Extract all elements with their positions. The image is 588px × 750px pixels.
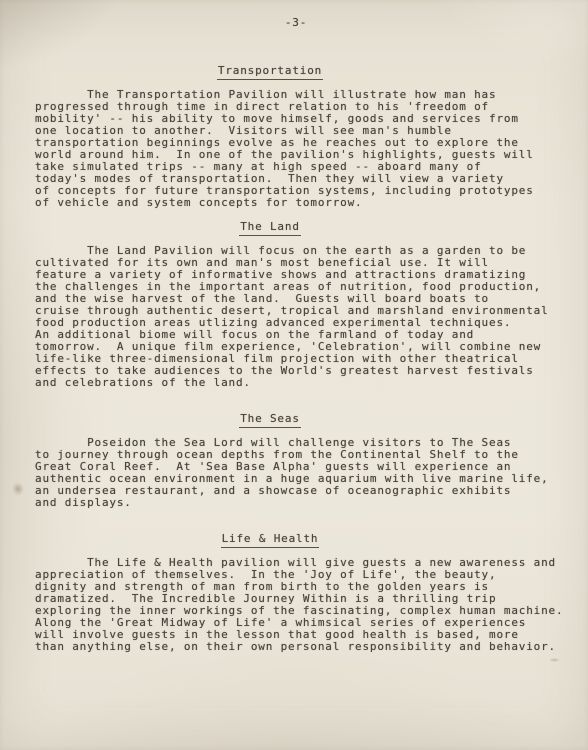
section-heading-row: Transportation xyxy=(35,65,505,77)
section-heading: Life & Health xyxy=(221,533,320,548)
document-section: Transportation The Transportation Pavili… xyxy=(35,65,557,209)
pencil-mark xyxy=(549,658,560,662)
section-heading: The Land xyxy=(239,221,301,236)
document-section: The Seas Poseidon the Sea Lord will chal… xyxy=(35,413,557,509)
section-paragraph: The Land Pavilion will focus on the eart… xyxy=(35,245,557,389)
document-section: The Land The Land Pavilion will focus on… xyxy=(35,221,557,389)
section-heading-row: The Seas xyxy=(35,413,505,425)
section-heading: Transportation xyxy=(217,65,323,80)
section-heading-row: Life & Health xyxy=(35,533,505,545)
section-paragraph: The Life & Health pavilion will give gue… xyxy=(35,557,557,653)
section-paragraph: Poseidon the Sea Lord will challenge vis… xyxy=(35,437,557,509)
ink-smudge xyxy=(10,481,25,497)
document-page: -3- Transportation The Transportation Pa… xyxy=(0,0,588,750)
document-section: Life & Health The Life & Health pavilion… xyxy=(35,533,557,653)
section-heading: The Seas xyxy=(239,413,301,428)
section-heading-row: The Land xyxy=(35,221,505,233)
section-paragraph: The Transportation Pavilion will illustr… xyxy=(35,89,557,209)
page-number: -3- xyxy=(35,17,557,29)
document-body: Transportation The Transportation Pavili… xyxy=(35,65,557,653)
